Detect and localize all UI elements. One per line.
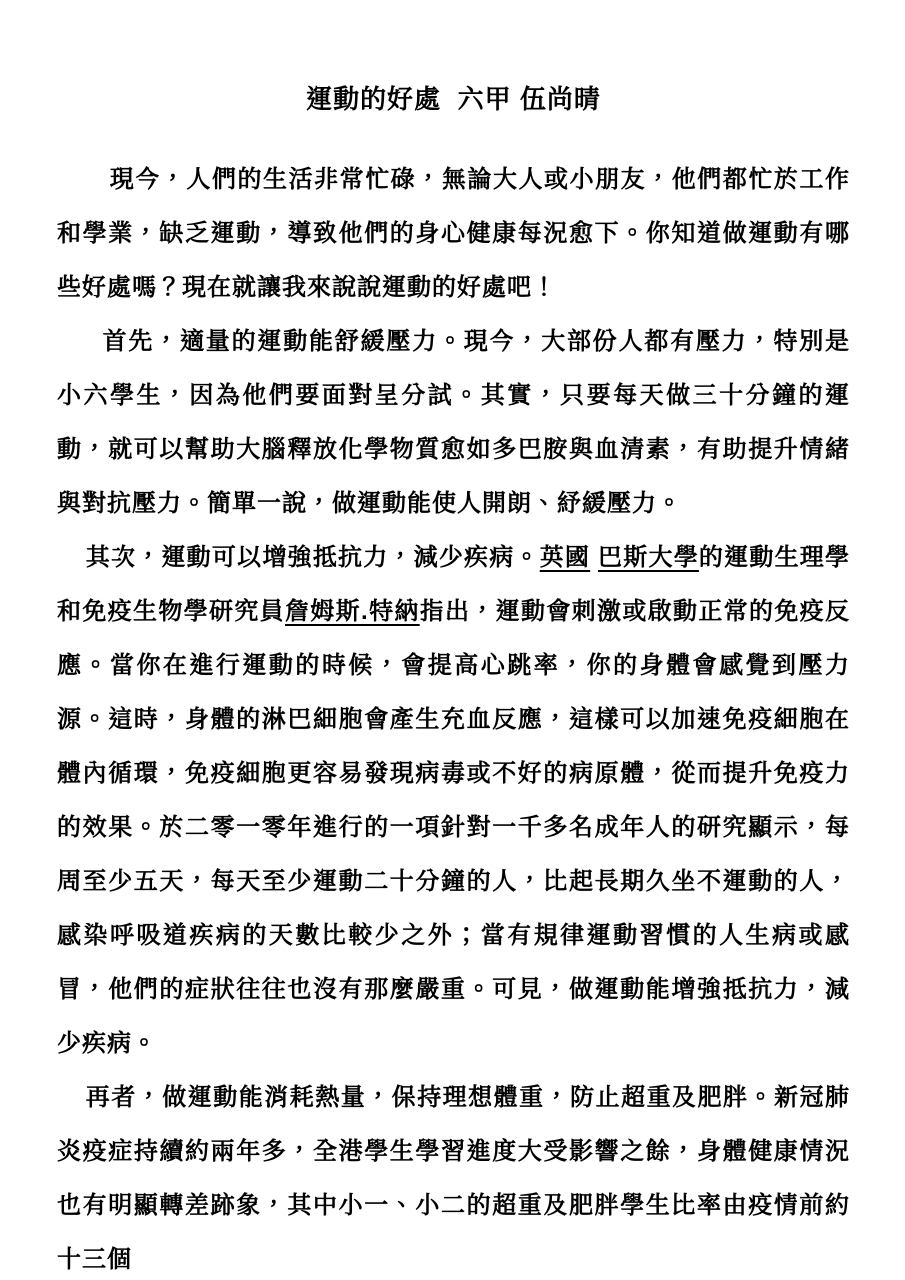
paragraph-2: 首先，適量的運動能舒緩壓力。現今，大部份人都有壓力，特別是小六學生，因為他們要面… [57, 315, 850, 531]
underlined-proper-noun: 英國 [540, 544, 590, 571]
paragraph-1: 現今，人們的生活非常忙碌，無論大人或小朋友，他們都忙於工作和學業，缺乏運動，導致… [57, 153, 850, 315]
text-segment: 再者，做運動能消耗熱量，保持理想體重，防止超重及肥胖。新冠肺炎疫症持續約兩年多，… [57, 1084, 850, 1273]
underlined-proper-noun: 巴斯大學 [598, 544, 699, 571]
text-segment [590, 544, 598, 571]
underlined-proper-noun: 詹姆斯.特納 [285, 598, 420, 625]
paragraph-4: 再者，做運動能消耗熱量，保持理想體重，防止超重及肥胖。新冠肺炎疫症持續約兩年多，… [57, 1071, 850, 1280]
paragraph-3: 其次，運動可以增強抵抗力，減少疾病。英國 巴斯大學的運動生理學和免疫生物學研究員… [57, 531, 850, 1071]
text-segment: 其次，運動可以增強抵抗力，減少疾病。 [86, 544, 540, 571]
text-segment: 指出，運動會刺激或啟動正常的免疫反應。當你在進行運動的時候，會提高心跳率，你的身… [57, 598, 850, 1057]
document-page: 運動的好處 六甲 伍尚晴 現今，人們的生活非常忙碌，無論大人或小朋友，他們都忙於… [0, 0, 905, 1280]
document-title: 運動的好處 六甲 伍尚晴 [57, 72, 850, 126]
document-body: 現今，人們的生活非常忙碌，無論大人或小朋友，他們都忙於工作和學業，缺乏運動，導致… [57, 153, 850, 1280]
text-segment: 首先，適量的運動能舒緩壓力。現今，大部份人都有壓力，特別是小六學生，因為他們要面… [57, 328, 850, 517]
text-segment: 現今，人們的生活非常忙碌，無論大人或小朋友，他們都忙於工作和學業，缺乏運動，導致… [57, 166, 850, 301]
